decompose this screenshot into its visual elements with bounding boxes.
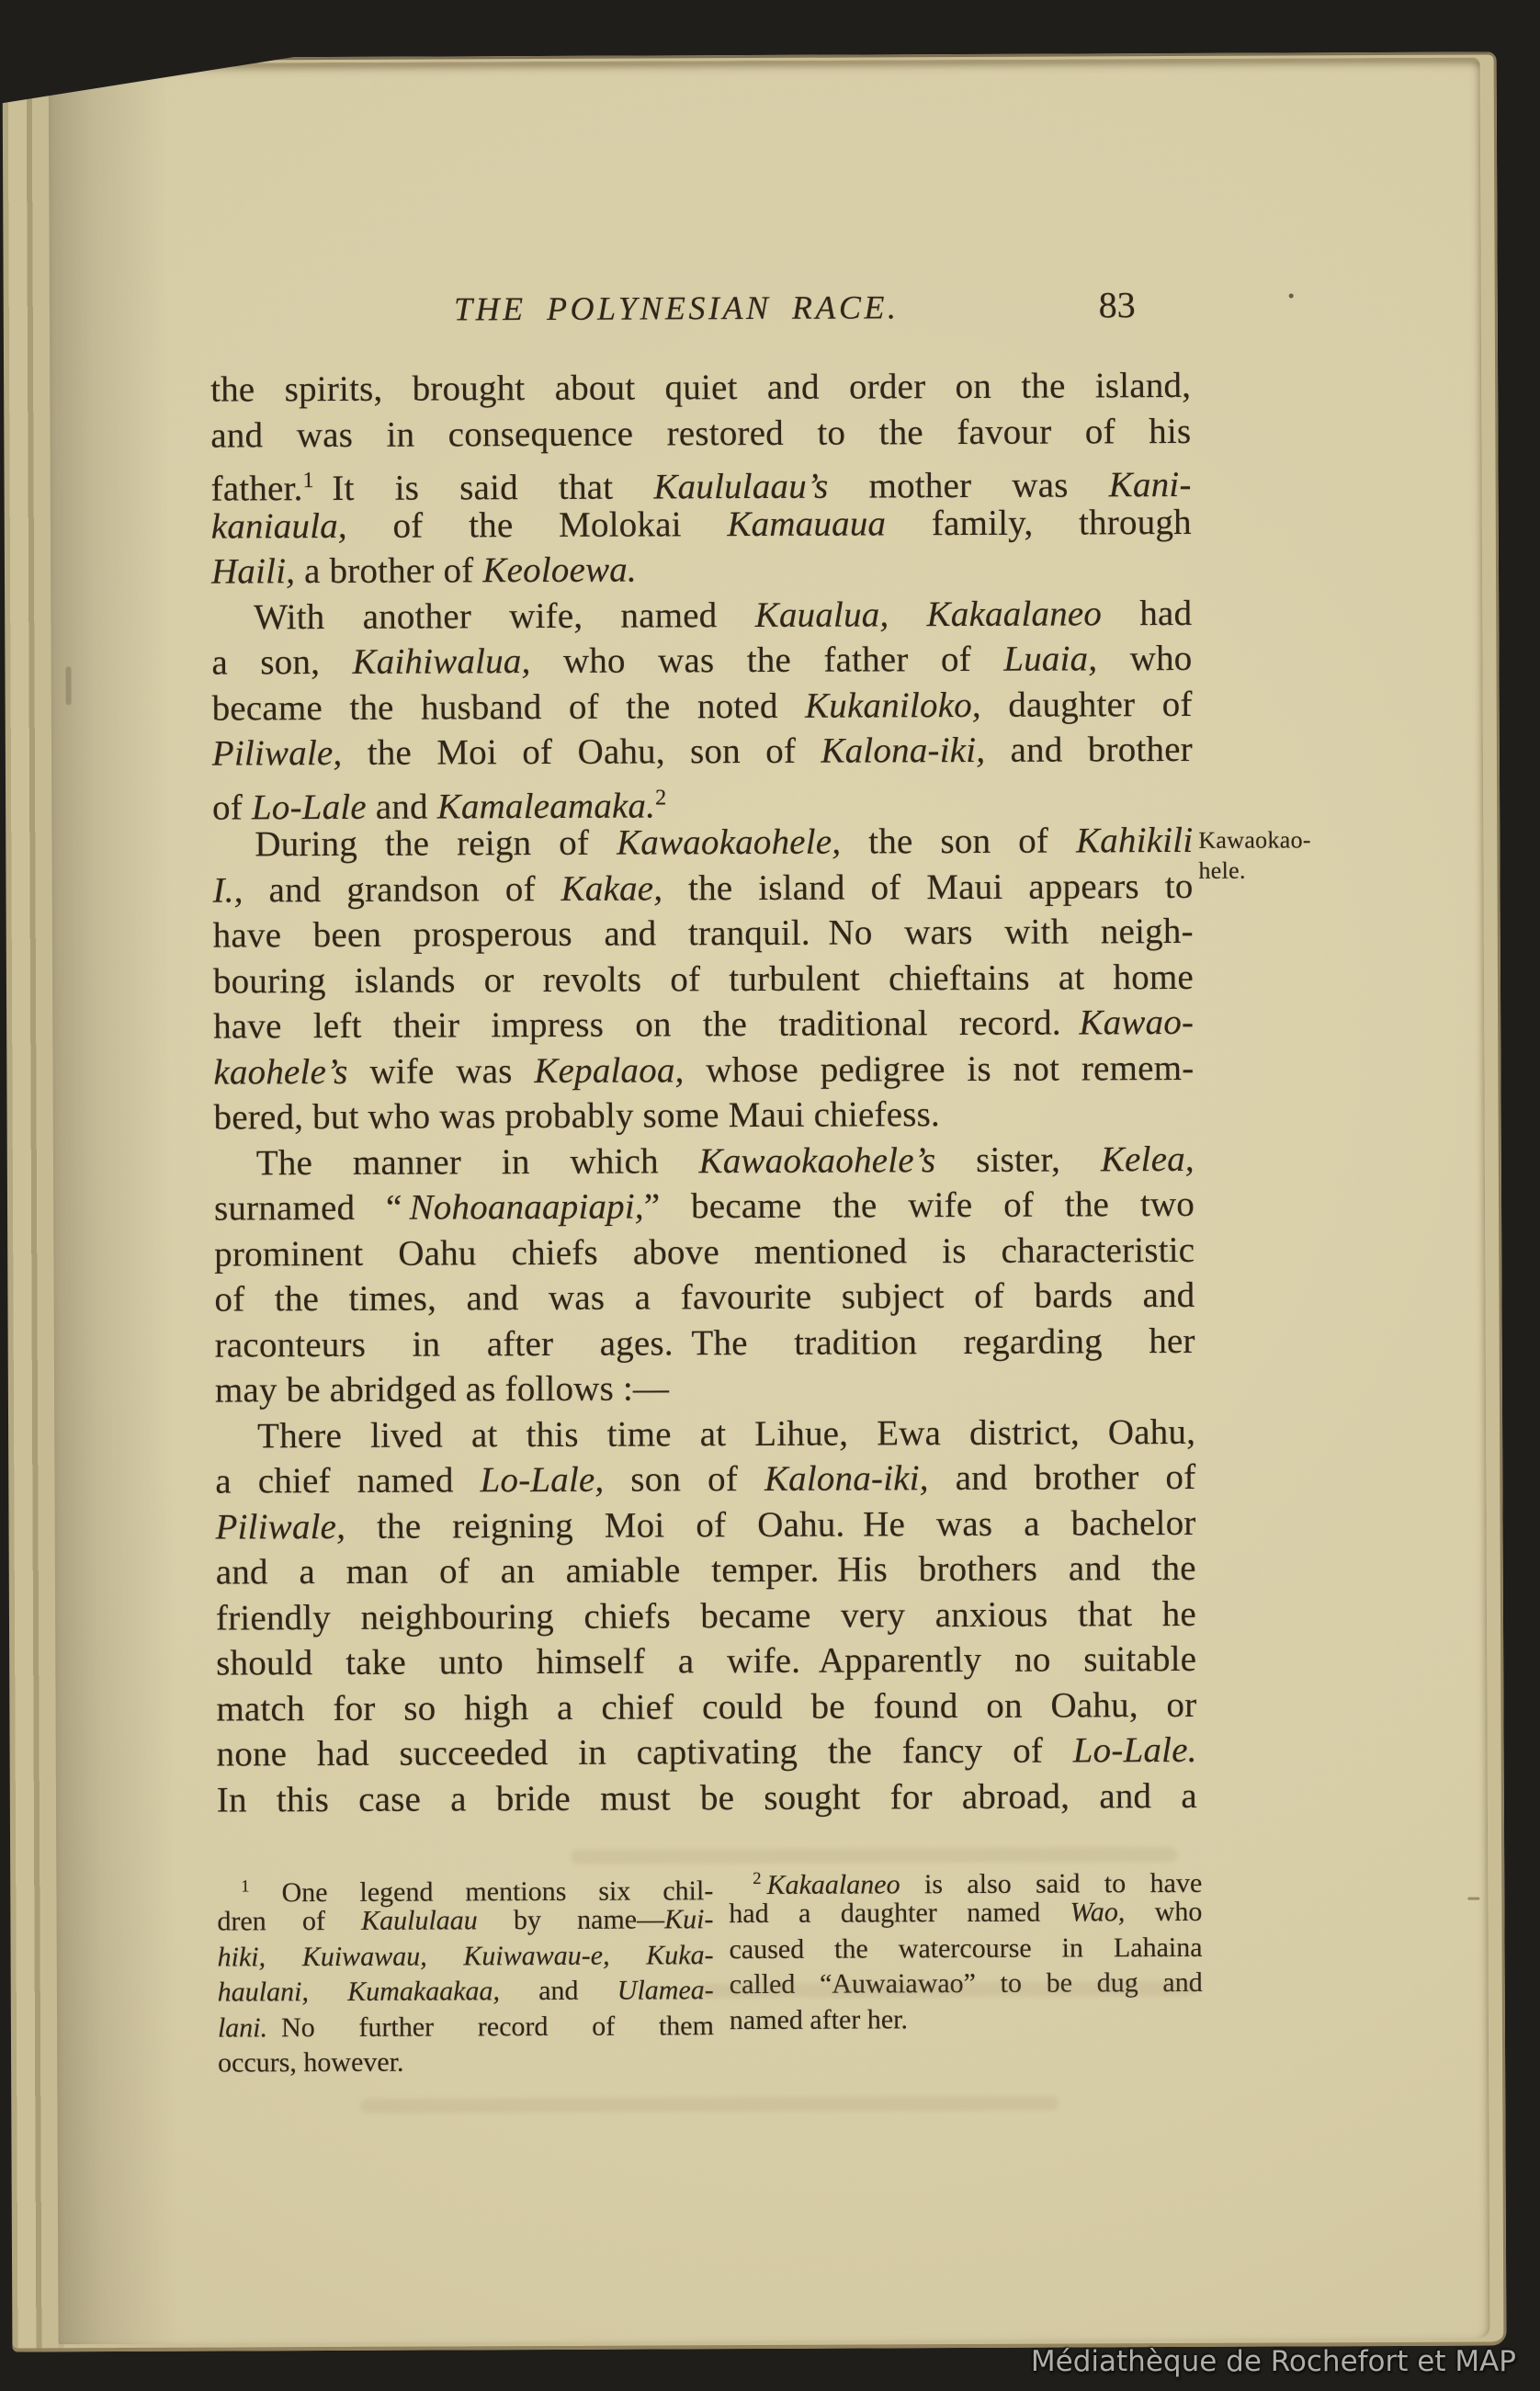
text-segment: Keoloewa. (482, 550, 637, 591)
text-segment: Kaululaau (361, 1906, 478, 1937)
text-line: During the reign of Kawaokaohele, the so… (212, 818, 1193, 867)
text-segment: sister, (935, 1139, 1101, 1180)
text-segment: haulani, Kumakaakaa, (218, 1976, 500, 2007)
text-segment: kaohele’s (213, 1051, 347, 1092)
text-segment: named after her. (730, 2004, 908, 2035)
text-segment: family, through (886, 502, 1192, 542)
text-line: none had succeeded in captivating the fa… (217, 1728, 1197, 1777)
footnote-column-right: 2 Kakaalaneo is also said to havehad a d… (729, 1860, 1203, 2038)
text-line: of the times, and was a favourite subjec… (214, 1273, 1195, 1322)
ink-speck (65, 666, 71, 705)
text-line: With another wife, named Kaualua, Kakaal… (211, 590, 1192, 640)
text-segment: Kakae, (561, 868, 663, 908)
text-segment: prominent Oahu chiefs above mentioned is… (214, 1229, 1195, 1274)
text-segment: Kaihiwalua, (352, 641, 530, 682)
text-segment: kaniaula, (211, 505, 347, 546)
text-line: match for so high a chief could be found… (216, 1682, 1196, 1731)
text-line: a son, Kaihiwalua, who was the father of… (211, 636, 1192, 686)
text-segment: During the reign of (255, 823, 617, 865)
text-line: haulani, Kumakaakaa, and Ulamea- (218, 1973, 714, 2011)
margin-note-line: Kawaokao- (1198, 824, 1373, 856)
show-through-mark (360, 2096, 1059, 2113)
text-line: and a man of an amiable temper. His brot… (216, 1546, 1196, 1595)
text-segment: have been prosperous and tranquil. No wa… (213, 912, 1194, 956)
margin-note: Kawaokao-hele. (1198, 824, 1373, 886)
text-line: father.1 It is said that Kaululaau’s mot… (210, 454, 1191, 504)
text-line: hiki, Kuiwawau, Kuiwawau-e, Kuka- (218, 1938, 714, 1976)
margin-note-line: hele. (1198, 855, 1373, 886)
text-line: lani. No further record of them (218, 2009, 714, 2046)
text-segment: the reigning Moi of Oahu. He was a bache… (345, 1502, 1196, 1546)
text-line: kaohele’s wife was Kepalaoa, whose pedig… (213, 1045, 1194, 1094)
text-segment: daughter of (981, 684, 1193, 724)
text-segment: who (1125, 1897, 1202, 1927)
text-segment: surnamed “ (214, 1188, 410, 1229)
text-line: bered, but who was probably some Maui ch… (213, 1091, 1194, 1140)
text-segment: 1 (302, 468, 313, 493)
text-segment: Kamauaua (727, 504, 886, 544)
text-segment: of the times, and was a favourite subjec… (214, 1275, 1195, 1320)
text-line: 1 One legend mentions six chil- (217, 1867, 713, 1905)
text-line: the spirits, brought about quiet and ord… (210, 363, 1191, 413)
text-line: 2 Kakaalaneo is also said to have (729, 1860, 1202, 1898)
running-head: THE POLYNESIAN RACE. 83 (210, 287, 1191, 339)
book: THE POLYNESIAN RACE. 83 the spirits, bro… (3, 48, 1507, 2351)
page-title: THE POLYNESIAN RACE. (187, 287, 1167, 330)
text-segment: With another wife, named (254, 595, 755, 636)
body-text: the spirits, brought about quiet and ord… (210, 363, 1197, 1823)
text-segment: have left their impress on the tradition… (213, 1003, 1079, 1046)
text-segment: 1 (241, 1876, 249, 1896)
text-segment (889, 595, 926, 634)
text-line: had a daughter named Wao, who (729, 1895, 1202, 1932)
text-segment: the Moi of Oahu, son of (342, 731, 821, 773)
text-segment: friendly neighbouring chiefs became very… (216, 1593, 1196, 1637)
text-segment: 2 (655, 785, 666, 810)
text-segment: and (500, 1976, 617, 2007)
text-segment: and was in consequence restored to the f… (210, 411, 1191, 455)
text-segment: became the husband of the noted (212, 686, 806, 728)
text-segment: caused the watercourse in Lahaina (729, 1932, 1202, 1965)
show-through-mark (700, 1981, 1196, 1998)
text-segment: Luaia, (1003, 639, 1097, 678)
text-segment: bered, but who was probably some Maui ch… (214, 1094, 940, 1137)
text-line: The manner in which Kawaokaohele’s siste… (214, 1136, 1195, 1185)
text-segment: Piliwale, (215, 1506, 345, 1547)
text-segment: and a man of an amiable temper. His brot… (216, 1548, 1196, 1592)
text-segment: had (1102, 593, 1192, 632)
book-page: THE POLYNESIAN RACE. 83 the spirits, bro… (49, 58, 1490, 2345)
text-segment: Kawao- (1079, 1003, 1194, 1043)
text-line: dren of Kaululaau by name—Kui- (217, 1903, 713, 1941)
text-line: Piliwale, the reigning Moi of Oahu. He w… (215, 1500, 1195, 1549)
text-segment: father. (211, 469, 303, 508)
text-segment: should take unto himself a wife. Apparen… (216, 1639, 1196, 1683)
text-line: of Lo-Lale and Kamaleamaka.2 (212, 772, 1193, 822)
text-segment: bouring islands or revolts of turbulent … (213, 957, 1194, 1001)
text-line: friendly neighbouring chiefs became very… (216, 1591, 1196, 1640)
text-segment: and grandson of (243, 868, 561, 910)
text-segment: Kukaniloko, (805, 685, 981, 725)
text-line: have left their impress on the tradition… (213, 1000, 1194, 1049)
show-through-mark (571, 1847, 1177, 1864)
text-line: should take unto himself a wife. Apparen… (216, 1637, 1196, 1686)
scanned-book-photo: THE POLYNESIAN RACE. 83 the spirits, bro… (0, 0, 1540, 2391)
text-segment: a son, (211, 642, 352, 683)
text-line: I., and grandson of Kakae, the island of… (212, 863, 1193, 912)
text-line: and was in consequence restored to the f… (210, 408, 1191, 458)
text-line: Piliwale, the Moi of Oahu, son of Kalona… (212, 727, 1193, 776)
text-segment: the son of (841, 821, 1076, 861)
text-segment: 2 (753, 1869, 761, 1888)
text-segment: In this case a bride must be sought for … (217, 1775, 1197, 1819)
text-segment: son of (604, 1459, 764, 1500)
text-line: bouring islands or revolts of turbulent … (213, 954, 1194, 1003)
text-segment: none had succeeded in captivating the fa… (217, 1730, 1073, 1773)
text-segment: The manner in which (256, 1141, 699, 1183)
text-segment: Lo-Lale, (480, 1460, 604, 1501)
text-line: became the husband of the noted Kukanilo… (212, 681, 1193, 731)
text-segment: Kelea, (1101, 1139, 1195, 1178)
text-segment: who was the father of (530, 640, 1003, 681)
text-line: raconteurs in after ages. The tradition … (215, 1318, 1195, 1367)
text-segment: No further record of them (267, 2011, 714, 2043)
text-segment: and brother (985, 730, 1193, 770)
text-segment: dren of (217, 1906, 361, 1937)
text-segment: Kalona-iki, (764, 1458, 929, 1499)
text-line: surnamed “ Nohoanaapiapi,” became the wi… (214, 1182, 1195, 1231)
text-segment: had a daughter named (729, 1898, 1070, 1930)
text-segment: I., (212, 870, 243, 910)
ink-speck (1289, 293, 1294, 298)
text-line: named after her. (730, 2000, 1203, 2038)
text-line: Haili, a brother of Keoloewa. (211, 545, 1192, 595)
text-segment: who (1097, 639, 1192, 678)
text-line: caused the watercourse in Lahaina (729, 1931, 1202, 1968)
text-segment: by name— (478, 1905, 664, 1936)
text-segment: Piliwale, (212, 733, 343, 774)
page-number: 83 (1099, 283, 1136, 326)
text-segment: Kepalaoa, (534, 1050, 684, 1091)
text-segment: hiki, Kuiwawau, Kuiwawau-e, Kuka- (218, 1940, 714, 1972)
text-line: kaniaula, of the Molokai Kamauaua family… (211, 499, 1192, 549)
text-segment: and brother of (929, 1457, 1196, 1498)
text-segment: Lo-Lale. (1073, 1730, 1197, 1771)
text-segment: wife was (347, 1051, 534, 1092)
text-segment: match for so high a chief could be found… (216, 1684, 1196, 1728)
text-segment: may be abridged as follows :— (215, 1368, 669, 1410)
text-segment: occurs, however. (218, 2047, 404, 2079)
text-segment: a brother of (295, 550, 482, 591)
text-line: There lived at this time at Lihue, Ewa d… (215, 1409, 1195, 1458)
watermark: Médiathèque de Rochefort et MAP (1031, 2345, 1516, 2378)
text-line: occurs, however. (218, 2044, 714, 2081)
text-segment: Kalona-iki, (821, 731, 985, 771)
text-line: prominent Oahu chiefs above mentioned is… (214, 1227, 1195, 1276)
ink-speck (1467, 1898, 1479, 1900)
text-segment: Kawaokaohele’s (698, 1140, 935, 1181)
text-segment: Kaualua, (755, 595, 889, 635)
text-segment: Kawaokaohele, (617, 822, 841, 863)
text-segment: Wao, (1070, 1898, 1125, 1928)
text-segment: of the Molokai (347, 504, 728, 546)
text-segment: ” became the wife of the two (644, 1184, 1195, 1227)
text-segment: Haili, (211, 551, 295, 591)
text-segment: whose pedigree is not remem- (684, 1048, 1194, 1089)
text-segment: Kakaalaneo (927, 594, 1103, 634)
text-segment: Kui- (664, 1905, 713, 1935)
text-segment: lani. (218, 2012, 267, 2043)
text-line: have been prosperous and tranquil. No wa… (213, 909, 1194, 958)
text-segment: Kahikili (1076, 821, 1193, 861)
text-line: In this case a bride must be sought for … (217, 1773, 1197, 1822)
text-segment: raconteurs in after ages. The tradition … (215, 1320, 1195, 1365)
text-line: a chief named Lo-Lale, son of Kalona-iki… (215, 1455, 1195, 1504)
footnote-column-left: 1 One legend mentions six chil-dren of K… (217, 1867, 714, 2081)
text-segment: There lived at this time at Lihue, Ewa d… (257, 1411, 1195, 1455)
text-segment: Nohoanaapiapi, (409, 1187, 643, 1228)
text-segment: a chief named (215, 1460, 480, 1501)
text-segment: the spirits, brought about quiet and ord… (210, 366, 1191, 410)
text-segment: Kani- (1109, 465, 1192, 504)
text-line: may be abridged as follows :— (215, 1364, 1195, 1413)
text-segment: of (212, 788, 252, 827)
text-segment: the island of Maui appears to (662, 866, 1193, 908)
